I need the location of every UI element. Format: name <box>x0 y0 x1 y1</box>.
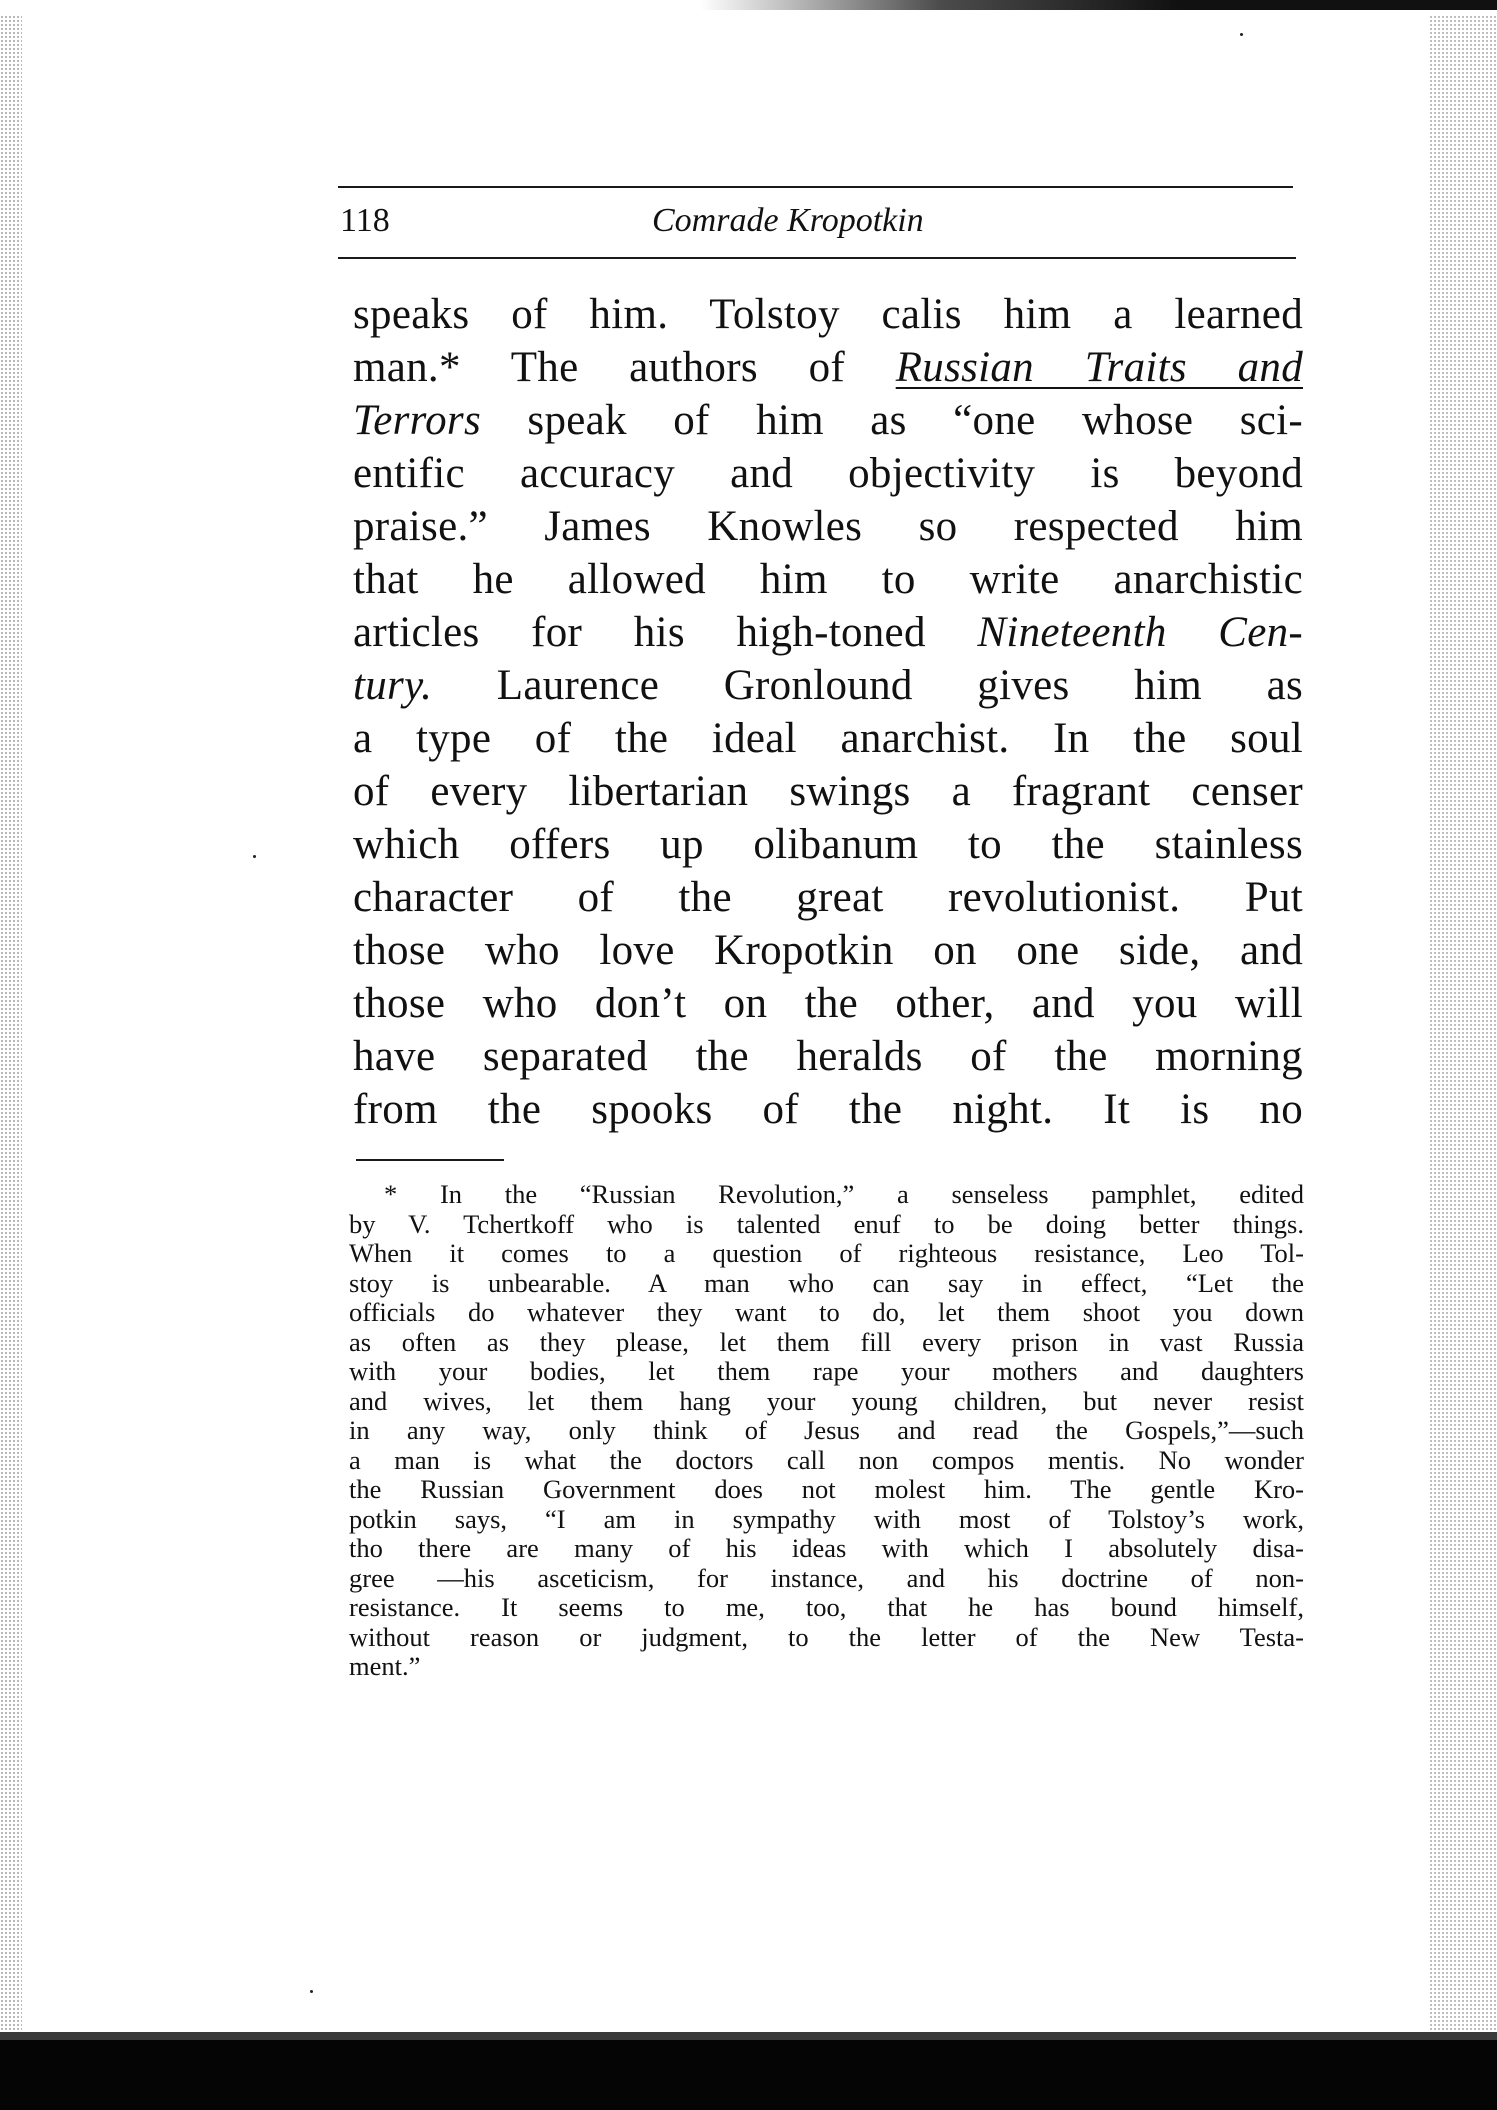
footnote-line: potkin says, “I am in sympathy with most… <box>349 1505 1304 1535</box>
footnote-line: officials do whatever they want to do, l… <box>349 1298 1304 1328</box>
scan-speck <box>1240 33 1243 36</box>
text-segment: articles for his high-toned <box>353 609 977 656</box>
text-segment: that he allowed him to write anarchistic <box>353 556 1303 603</box>
text-line: speaks of him. Tolstoy calis him a learn… <box>353 288 1303 341</box>
footnote-line: the Russian Government does not molest h… <box>349 1475 1304 1505</box>
footnote-line: stoy is unbearable. A man who can say in… <box>349 1269 1304 1299</box>
text-segment: a type of the ideal anarchist. In the so… <box>353 715 1303 762</box>
text-segment: entific accuracy and objectivity is beyo… <box>353 450 1303 497</box>
text-line: entific accuracy and objectivity is beyo… <box>353 447 1303 500</box>
header-rule-top <box>338 186 1293 188</box>
text-line: those who don’t on the other, and you wi… <box>353 977 1303 1030</box>
running-title: Comrade Kropotkin <box>652 197 924 245</box>
footnote-line: tho there are many of his ideas with whi… <box>349 1534 1304 1564</box>
scan-speck <box>310 1990 313 1993</box>
text-line: articles for his high-toned Nineteenth C… <box>353 606 1303 659</box>
footnote-line: by V. Tchertkoff who is talented enuf to… <box>349 1210 1304 1240</box>
text-segment: those who love Kropotkin on one side, an… <box>353 927 1303 974</box>
running-head: 118 Comrade Kropotkin <box>340 197 1300 247</box>
footnote-line: When it comes to a question of righteous… <box>349 1239 1304 1269</box>
footnote-line: with your bodies, let them rape your mot… <box>349 1357 1304 1387</box>
text-line: which offers up olibanum to the stainles… <box>353 818 1303 871</box>
text-line: of every libertarian swings a fragrant c… <box>353 765 1303 818</box>
page-number: 118 <box>340 197 390 245</box>
scan-bottom-border <box>0 2038 1497 2110</box>
text-segment: have separated the heralds of the mornin… <box>353 1033 1303 1080</box>
periodical-title-nineteenth-century: Nineteenth Cen- <box>977 609 1303 656</box>
text-segment: speak of him as “one whose sci- <box>481 397 1303 444</box>
text-line: those who love Kropotkin on one side, an… <box>353 924 1303 977</box>
book-title-terrors: Terrors <box>353 397 481 444</box>
text-segment: Laurence Gronlound gives him as <box>432 662 1303 709</box>
scan-edge-left <box>0 15 22 2040</box>
footnote-line: in any way, only think of Jesus and read… <box>349 1416 1304 1446</box>
footnote-block: * In the “Russian Revolution,” a sensele… <box>349 1180 1304 1682</box>
periodical-title-century-cont: tury. <box>353 662 432 709</box>
text-line: man.* The authors of Russian Traits and <box>353 341 1303 394</box>
footnote-line: as often as they please, let them fill e… <box>349 1328 1304 1358</box>
text-line: from the spooks of the night. It is no <box>353 1083 1303 1136</box>
text-segment: of every libertarian swings a fragrant c… <box>353 768 1303 815</box>
text-line: have separated the heralds of the mornin… <box>353 1030 1303 1083</box>
text-line: praise.” James Knowles so respected him <box>353 500 1303 553</box>
scan-top-shadow <box>700 0 1497 10</box>
footnote-separator-rule <box>356 1159 504 1161</box>
text-segment: character of the great revolutionist. Pu… <box>353 874 1303 921</box>
text-segment: those who don’t on the other, and you wi… <box>353 980 1303 1027</box>
main-text-block: speaks of him. Tolstoy calis him a learn… <box>353 288 1303 1136</box>
footnote-line: a man is what the doctors call non compo… <box>349 1446 1304 1476</box>
text-segment: praise.” James Knowles so respected him <box>353 503 1303 550</box>
text-segment: from the spooks of the night. It is no <box>353 1086 1303 1133</box>
text-line: Terrors speak of him as “one whose sci- <box>353 394 1303 447</box>
scan-edge-right <box>1429 15 1497 2045</box>
footnote-line: ment.” <box>349 1652 1304 1682</box>
header-rule-bottom <box>338 257 1296 259</box>
footnote-line: resistance. It seems to me, too, that he… <box>349 1593 1304 1623</box>
footnote-line: and wives, let them hang your young chil… <box>349 1387 1304 1417</box>
footnote-line: gree —his asceticism, for instance, and … <box>349 1564 1304 1594</box>
text-line: tury. Laurence Gronlound gives him as <box>353 659 1303 712</box>
text-line: a type of the ideal anarchist. In the so… <box>353 712 1303 765</box>
book-title-russian-traits: Russian Traits and <box>896 344 1303 391</box>
text-segment: speaks of him. Tolstoy calis him a learn… <box>353 291 1303 338</box>
text-line: character of the great revolutionist. Pu… <box>353 871 1303 924</box>
text-segment: man.* The authors of <box>353 344 896 391</box>
scan-speck <box>253 855 256 858</box>
text-segment: which offers up olibanum to the stainles… <box>353 821 1303 868</box>
footnote-line: * In the “Russian Revolution,” a sensele… <box>349 1180 1304 1210</box>
text-line: that he allowed him to write anarchistic <box>353 553 1303 606</box>
footnote-line: without reason or judgment, to the lette… <box>349 1623 1304 1653</box>
